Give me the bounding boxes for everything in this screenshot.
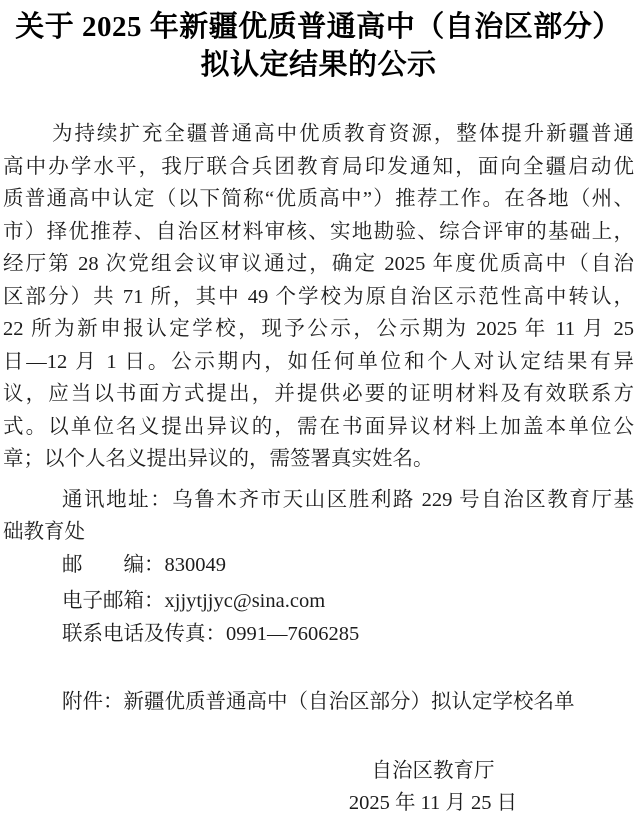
body-line: 经厅第 28 次党组会议审议通过，确定 2025 年度优质高中（自治 (3, 248, 634, 281)
contact-postal-code: 邮 编：830049 (3, 549, 634, 582)
document-page: 关于 2025 年新疆优质普通高中（自治区部分） 拟认定结果的公示 为持续扩充全… (0, 0, 637, 829)
contact-address-line1: 通讯地址：乌鲁木齐市天山区胜利路 229 号自治区教育厅基 (3, 484, 634, 517)
body-line: 高中办学水平，我厅联合兵团教育局印发通知，面向全疆启动优 (3, 151, 634, 184)
document-title-line1: 关于 2025 年新疆优质普通高中（自治区部分） (3, 8, 634, 46)
signature-date: 2025 年 11 月 25 日 (338, 787, 528, 820)
body-line: 市）择优推荐、自治区材料审核、实地勘验、综合评审的基础上， (3, 216, 634, 249)
body-line: 章；以个人名义提出异议的，需签署真实姓名。 (3, 443, 634, 476)
document-title: 关于 2025 年新疆优质普通高中（自治区部分） 拟认定结果的公示 (3, 8, 634, 84)
signature-block: 自治区教育厅 2025 年 11 月 25 日 (338, 755, 528, 820)
contact-email: 电子邮箱：xjjytjjyc@sina.com (3, 585, 634, 618)
body-line: 22 所为新申报认定学校，现予公示，公示期为 2025 年 11 月 25 (3, 313, 634, 346)
body-line: 日—12 月 1 日。公示期内，如任何单位和个人对认定结果有异 (3, 346, 634, 379)
body-line: 议，应当以书面方式提出，并提供必要的证明材料及有效联系方 (3, 378, 634, 411)
body-line: 式。以单位名义提出异议的，需在书面异议材料上加盖本单位公 (3, 411, 634, 444)
contact-phone-fax: 联系电话及传真：0991—7606285 (3, 618, 634, 651)
body-line: 为持续扩充全疆普通高中优质教育资源，整体提升新疆普通 (3, 118, 634, 151)
signature-issuer: 自治区教育厅 (338, 755, 528, 788)
body-line: 区部分）共 71 所，其中 49 个学校为原自治区示范性高中转认， (3, 281, 634, 314)
document-title-line2: 拟认定结果的公示 (3, 46, 634, 84)
attachment-line: 附件：新疆优质普通高中（自治区部分）拟认定学校名单 (3, 686, 634, 719)
document-body: 为持续扩充全疆普通高中优质教育资源，整体提升新疆普通 高中办学水平，我厅联合兵团… (3, 118, 634, 820)
body-line: 质普通高中认定（以下简称“优质高中”）推荐工作。在各地（州、 (3, 183, 634, 216)
contact-address-line2: 础教育处 (3, 516, 634, 549)
